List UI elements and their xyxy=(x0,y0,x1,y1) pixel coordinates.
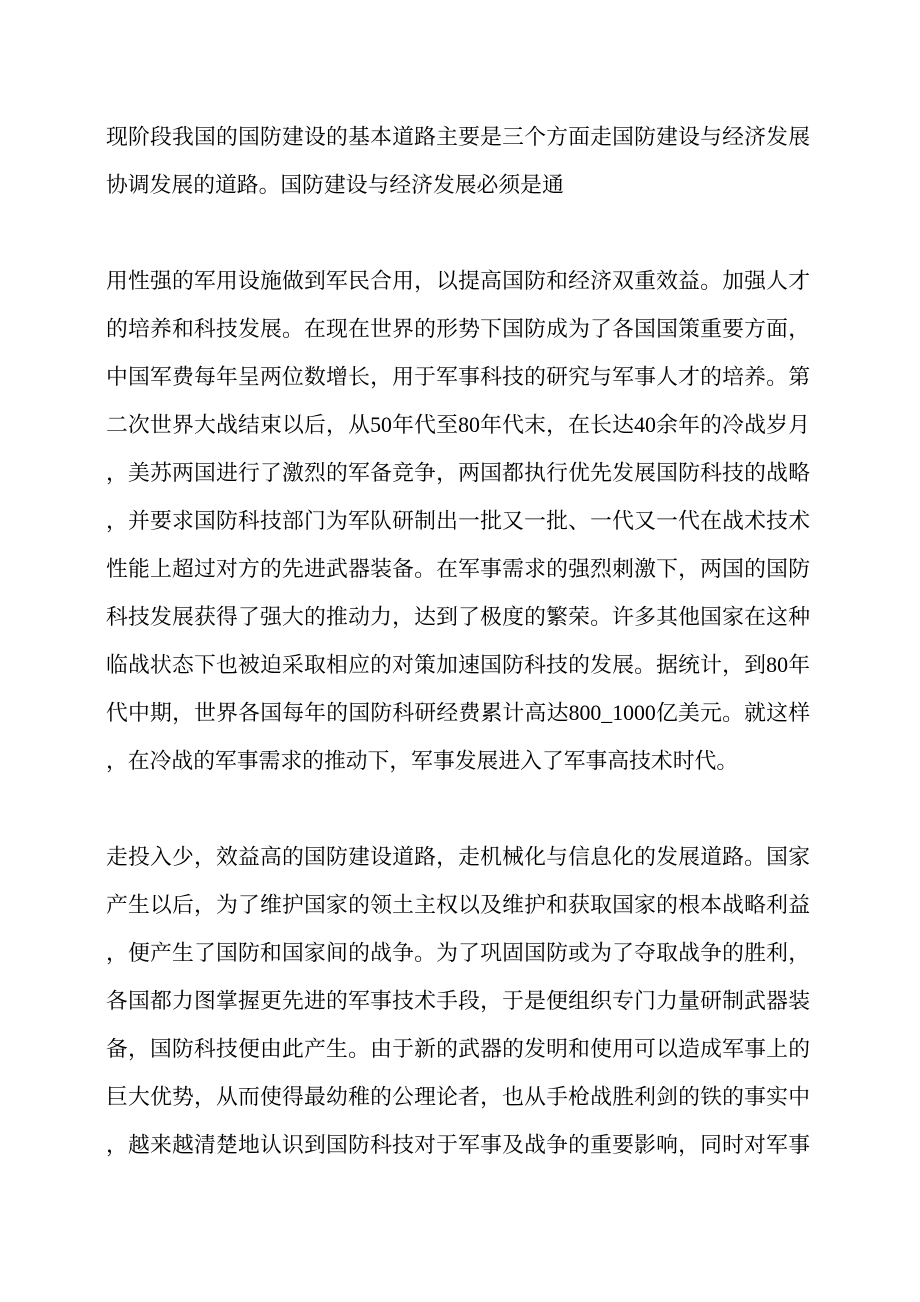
text-line: ，美苏两国进行了激烈的军备竞争，两国都执行优先发展国防科技的战略 xyxy=(106,449,810,497)
text-line: 的培养和科技发展。在现在世界的形势下国防成为了各国国策重要方面， xyxy=(106,305,810,353)
paragraph: 现阶段我国的国防建设的基本道路主要是三个方面走国防建设与经济发展协调发展的道路。… xyxy=(106,113,810,209)
paragraph: 用性强的军用设施做到军民合用，以提高国防和经济双重效益。加强人才的培养和科技发展… xyxy=(106,257,810,785)
text-line: 各国都力图掌握更先进的军事技术手段，于是便组织专门力量研制武器装 xyxy=(106,977,810,1025)
text-line: 中国军费每年呈两位数增长，用于军事科技的研究与军事人才的培养。第 xyxy=(106,353,810,401)
text-line: 产生以后，为了维护国家的领土主权以及维护和获取国家的根本战略利益 xyxy=(106,881,810,929)
paragraph: 走投入少，效益高的国防建设道路，走机械化与信息化的发展道路。国家产生以后，为了维… xyxy=(106,833,810,1169)
text-line: ，并要求国防科技部门为军队研制出一批又一批、一代又一代在战术技术 xyxy=(106,497,810,545)
text-line: 二次世界大战结束以后，从50年代至80年代末，在长达40余年的冷战岁月 xyxy=(106,401,810,449)
text-line: 走投入少，效益高的国防建设道路，走机械化与信息化的发展道路。国家 xyxy=(106,833,810,881)
text-line: 用性强的军用设施做到军民合用，以提高国防和经济双重效益。加强人才 xyxy=(106,257,810,305)
text-line: 性能上超过对方的先进武器装备。在军事需求的强烈刺激下，两国的国防 xyxy=(106,545,810,593)
text-line: ，便产生了国防和国家间的战争。为了巩固国防或为了夺取战争的胜利， xyxy=(106,929,810,977)
document-body: 现阶段我国的国防建设的基本道路主要是三个方面走国防建设与经济发展协调发展的道路。… xyxy=(106,113,810,1169)
text-line: ，在冷战的军事需求的推动下，军事发展进入了军事高技术时代。 xyxy=(106,737,810,785)
text-line: 现阶段我国的国防建设的基本道路主要是三个方面走国防建设与经济发展 xyxy=(106,113,810,161)
text-line: ，越来越清楚地认识到国防科技对于军事及战争的重要影响，同时对军事 xyxy=(106,1121,810,1169)
text-line: 科技发展获得了强大的推动力，达到了极度的繁荣。许多其他国家在这种 xyxy=(106,593,810,641)
text-line: 协调发展的道路。国防建设与经济发展必须是通 xyxy=(106,161,810,209)
text-line: 巨大优势，从而使得最幼稚的公理论者，也从手枪战胜利剑的铁的事实中 xyxy=(106,1073,810,1121)
text-line: 临战状态下也被迫采取相应的对策加速国防科技的发展。据统计，到80年 xyxy=(106,641,810,689)
text-line: 代中期，世界各国每年的国防科研经费累计高达800_1000亿美元。就这样 xyxy=(106,689,810,737)
document-page: 现阶段我国的国防建设的基本道路主要是三个方面走国防建设与经济发展协调发展的道路。… xyxy=(0,0,920,1302)
text-line: 备，国防科技便由此产生。由于新的武器的发明和使用可以造成军事上的 xyxy=(106,1025,810,1073)
